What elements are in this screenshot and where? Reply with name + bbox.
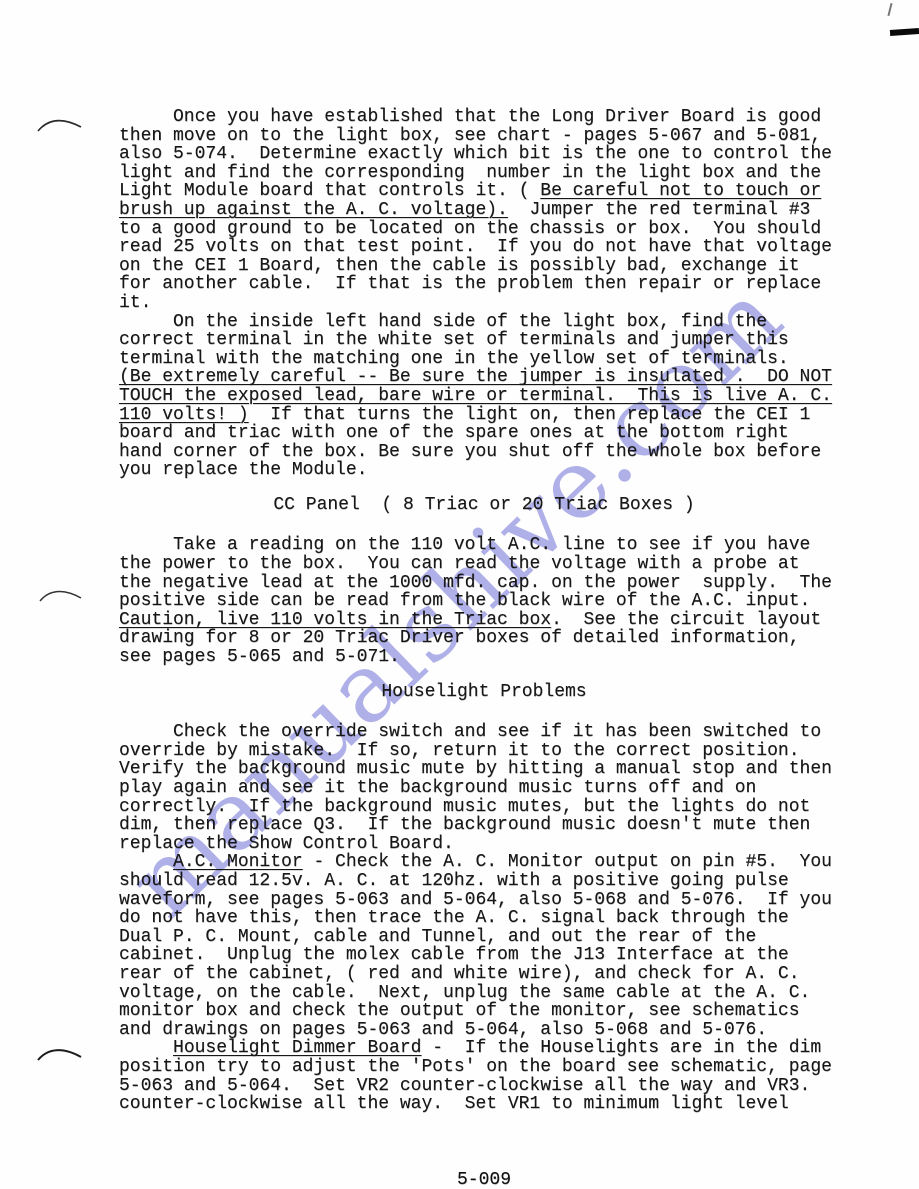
body-text: to a good ground to be located on the ch…	[119, 219, 821, 239]
body-text: for another cable. If that is the proble…	[119, 274, 821, 294]
text-line: 110 volts! ) If that turns the light on,…	[119, 406, 849, 425]
text-line: Houselight Dimmer Board - If the Houseli…	[119, 1039, 849, 1058]
text-line: Take a reading on the 110 volt A.C. line…	[119, 536, 849, 555]
body-text: rear of the cabinet, ( red and white wir…	[119, 964, 800, 984]
body-text: If that turns the light on, then replace…	[249, 405, 811, 425]
body-text: counter-clockwise all the way. Set VR1 t…	[119, 1094, 789, 1114]
text-line: and drawings on pages 5-063 and 5-064, a…	[119, 1021, 849, 1040]
body-text: also 5-074. Determine exactly which bit …	[119, 144, 832, 164]
text-line: cabinet. Unplug the molex cable from the…	[119, 946, 849, 965]
body-text: hand corner of the box. Be sure you shut…	[119, 442, 821, 462]
text-line: also 5-074. Determine exactly which bit …	[119, 145, 849, 164]
pen-squiggle-mark	[38, 584, 84, 606]
body-text: you replace the Module.	[119, 460, 367, 480]
body-text: read 25 volts on that test point. If you…	[119, 237, 832, 257]
body-text: correct terminal in the white set of ter…	[119, 330, 789, 350]
underlined-text: A.C. Monitor	[173, 852, 303, 872]
text-line: (Be extremely careful -- Be sure the jum…	[119, 368, 849, 387]
body-text: Take a reading on the 110 volt A.C. line…	[119, 535, 810, 555]
body-text: then move on to the light box, see chart…	[119, 126, 821, 146]
text-line: positive side can be read from the black…	[119, 592, 849, 611]
body-text: positive side can be read from the black…	[119, 591, 810, 611]
text-line: A.C. Monitor - Check the A. C. Monitor o…	[119, 853, 849, 872]
text-line: then move on to the light box, see chart…	[119, 127, 849, 146]
text-line: replace the Show Control Board.	[119, 835, 849, 854]
body-text: it.	[119, 293, 151, 313]
body-text: override by mistake. If so, return it to…	[119, 741, 800, 761]
body-text: monitor box and check the output of the …	[119, 1001, 800, 1021]
body-text: Check the override switch and see if it …	[119, 722, 821, 742]
body-text: see pages 5-065 and 5-071.	[119, 647, 400, 667]
body-text: the power to the box. You can read the v…	[119, 554, 800, 574]
body-text: drawing for 8 or 20 Triac Driver boxes o…	[119, 628, 800, 648]
body-text: do not have this, then trace the A. C. s…	[119, 908, 789, 928]
text-line: light and find the corresponding number …	[119, 164, 849, 183]
text-line: monitor box and check the output of the …	[119, 1002, 849, 1021]
body-text: and drawings on pages 5-063 and 5-064, a…	[119, 1020, 767, 1040]
section-heading: CC Panel ( 8 Triac or 20 Triac Boxes )	[119, 496, 849, 515]
body-text: correctly. If the background music mutes…	[119, 797, 810, 817]
text-line: Check the override switch and see if it …	[119, 723, 849, 742]
underlined-text: brush up against the A. C. voltage).	[119, 200, 508, 220]
text-line: counter-clockwise all the way. Set VR1 t…	[119, 1095, 849, 1114]
underlined-text: (Be extremely careful -- Be sure the jum…	[119, 367, 832, 387]
text-line: should read 12.5v. A. C. at 120hz. with …	[119, 872, 849, 891]
text-line: On the inside left hand side of the ligh…	[119, 313, 849, 332]
text-line: Caution, live 110 volts in the Triac box…	[119, 611, 849, 630]
body-text: waveform, see pages 5-063 and 5-064, als…	[119, 890, 832, 910]
text-line: hand corner of the box. Be sure you shut…	[119, 443, 849, 462]
underlined-text: Caution, live 110 volts in the Triac box	[119, 610, 551, 630]
text-line: TOUCH the exposed lead, bare wire or ter…	[119, 387, 849, 406]
scanned-manual-page: manualshive.com Once you have establishe…	[0, 0, 919, 1189]
pen-squiggle-mark	[36, 1044, 84, 1066]
text-line: rear of the cabinet, ( red and white wir…	[119, 965, 849, 984]
text-line: it.	[119, 294, 849, 313]
body-text: - Check the A. C. Monitor output on pin …	[303, 852, 832, 872]
body-text: . See the circuit layout	[551, 610, 821, 630]
text-line: waveform, see pages 5-063 and 5-064, als…	[119, 891, 849, 910]
text-line: Light Module board that controls it. ( B…	[119, 182, 849, 201]
body-text: cabinet. Unplug the molex cable from the…	[119, 945, 789, 965]
text-line: correctly. If the background music mutes…	[119, 798, 849, 817]
underlined-text: Houselight Dimmer Board	[173, 1038, 421, 1058]
text-line: do not have this, then trace the A. C. s…	[119, 909, 849, 928]
body-text: 5-063 and 5-064. Set VR2 counter-clockwi…	[119, 1076, 810, 1096]
text-line: Once you have established that the Long …	[119, 108, 849, 127]
body-text: board and triac with one of the spare on…	[119, 423, 789, 443]
text-line: voltage, on the cable. Next, unplug the …	[119, 984, 849, 1003]
corner-dash-mark	[890, 28, 919, 36]
body-text: - If the Houselights are in the dim	[421, 1038, 821, 1058]
body-text: Jumper the red terminal #3	[508, 200, 810, 220]
text-line: you replace the Module.	[119, 461, 849, 480]
text-line: play again and see it the background mus…	[119, 779, 849, 798]
text-line: drawing for 8 or 20 Triac Driver boxes o…	[119, 629, 849, 648]
body-text: the negative lead at the 1000 mfd. cap. …	[119, 573, 832, 593]
text-line: Verify the background music mute by hitt…	[119, 760, 849, 779]
body-text: Once you have established that the Long …	[119, 107, 821, 127]
underlined-text: TOUCH the exposed lead, bare wire or ter…	[119, 386, 832, 406]
text-line: position try to adjust the 'Pots' on the…	[119, 1058, 849, 1077]
text-line: to a good ground to be located on the ch…	[119, 220, 849, 239]
underlined-text: 110 volts! )	[119, 405, 249, 425]
body-text: on the CEI 1 Board, then the cable is po…	[119, 256, 800, 276]
body-text: terminal with the matching one in the ye…	[119, 349, 789, 369]
body-text: light and find the corresponding number …	[119, 163, 821, 183]
text-line: dim, then replace Q3. If the background …	[119, 816, 849, 835]
text-line: read 25 volts on that test point. If you…	[119, 238, 849, 257]
body-text: voltage, on the cable. Next, unplug the …	[119, 983, 810, 1003]
text-line: board and triac with one of the spare on…	[119, 424, 849, 443]
text-line: terminal with the matching one in the ye…	[119, 350, 849, 369]
body-text: On the inside left hand side of the ligh…	[119, 312, 767, 332]
text-line: for another cable. If that is the proble…	[119, 275, 849, 294]
text-line: 5-063 and 5-064. Set VR2 counter-clockwi…	[119, 1077, 849, 1096]
body-text	[119, 852, 173, 872]
text-line: override by mistake. If so, return it to…	[119, 742, 849, 761]
text-line: the negative lead at the 1000 mfd. cap. …	[119, 574, 849, 593]
text-line: on the CEI 1 Board, then the cable is po…	[119, 257, 849, 276]
underlined-text: Be careful not to touch or	[540, 181, 821, 201]
body-text: play again and see it the background mus…	[119, 778, 756, 798]
body-text: position try to adjust the 'Pots' on the…	[119, 1057, 832, 1077]
body-text: dim, then replace Q3. If the background …	[119, 815, 810, 835]
body-text: Dual P. C. Mount, cable and Tunnel, and …	[119, 927, 756, 947]
page-number: 5-009	[119, 1170, 849, 1189]
text-line: brush up against the A. C. voltage). Jum…	[119, 201, 849, 220]
section-heading: Houselight Problems	[119, 683, 849, 702]
text-line: the power to the box. You can read the v…	[119, 555, 849, 574]
document-body: Once you have established that the Long …	[119, 108, 849, 1114]
body-text: should read 12.5v. A. C. at 120hz. with …	[119, 871, 789, 891]
text-line: Dual P. C. Mount, cable and Tunnel, and …	[119, 928, 849, 947]
pen-squiggle-mark	[36, 114, 84, 136]
body-text: Verify the background music mute by hitt…	[119, 759, 832, 779]
text-line: see pages 5-065 and 5-071.	[119, 648, 849, 667]
body-text: Light Module board that controls it. (	[119, 181, 540, 201]
text-line: correct terminal in the white set of ter…	[119, 331, 849, 350]
corner-tick-mark	[887, 3, 892, 16]
body-text	[119, 1038, 173, 1058]
body-text: replace the Show Control Board.	[119, 834, 454, 854]
